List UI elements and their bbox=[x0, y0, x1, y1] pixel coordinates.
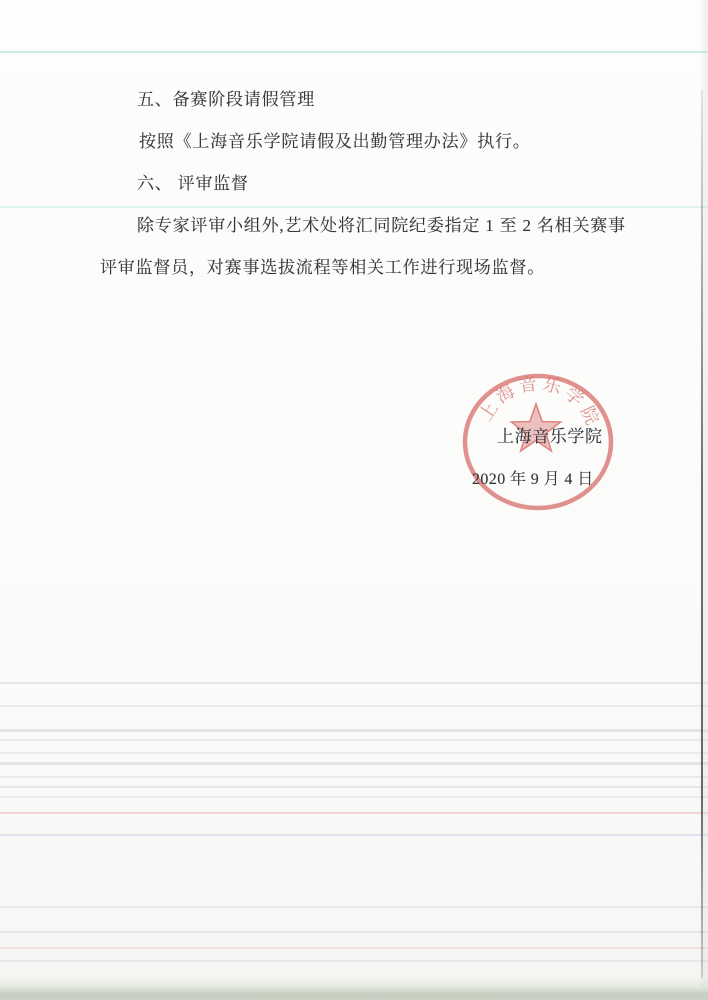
signature-date: 2020 年 9 月 4 日 bbox=[472, 466, 594, 489]
body-line-section-6-content-2: 评审监督员，对赛事选拔流程等相关工作进行现场监督。 bbox=[100, 257, 545, 279]
scan-artifact-line bbox=[0, 931, 708, 933]
scan-artifact-line bbox=[0, 906, 708, 908]
scan-artifact-line bbox=[0, 834, 708, 836]
scan-artifact-line bbox=[0, 682, 708, 684]
scanned-document-page: 五、备赛阶段请假管理 按照《上海音乐学院请假及出勤管理办法》执行。 六、 评审监… bbox=[0, 0, 708, 1000]
page-bottom-edge-band bbox=[0, 987, 708, 1000]
page-right-edge-line bbox=[701, 90, 703, 978]
scan-artifact-line bbox=[0, 947, 708, 949]
signature-organization: 上海音乐学院 bbox=[497, 422, 603, 447]
page-bottom-edge-fade bbox=[0, 977, 708, 987]
body-line-section-5-heading: 五、备赛阶段请假管理 bbox=[137, 89, 315, 111]
body-line-section-6-heading: 六、 评审监督 bbox=[137, 173, 249, 195]
scan-artifact-line bbox=[0, 776, 708, 778]
body-line-section-5-content: 按照《上海音乐学院请假及出勤管理办法》执行。 bbox=[139, 131, 531, 153]
scan-artifact-line bbox=[0, 705, 708, 707]
scan-artifact-line bbox=[0, 752, 708, 754]
scan-artifact-line bbox=[0, 729, 708, 732]
scan-artifact-line bbox=[0, 739, 708, 741]
scan-artifact-line bbox=[0, 960, 708, 962]
scan-artifact-line bbox=[0, 786, 708, 788]
scan-artifact-line bbox=[0, 812, 708, 814]
scan-artifact-line bbox=[0, 206, 708, 208]
body-line-section-6-content-1: 除专家评审小组外,艺术处将汇同院纪委指定 1 至 2 名相关赛事 bbox=[137, 215, 626, 237]
scan-artifact-line bbox=[0, 762, 708, 765]
scan-artifact-line bbox=[0, 51, 708, 53]
scan-artifact-line bbox=[0, 796, 708, 798]
